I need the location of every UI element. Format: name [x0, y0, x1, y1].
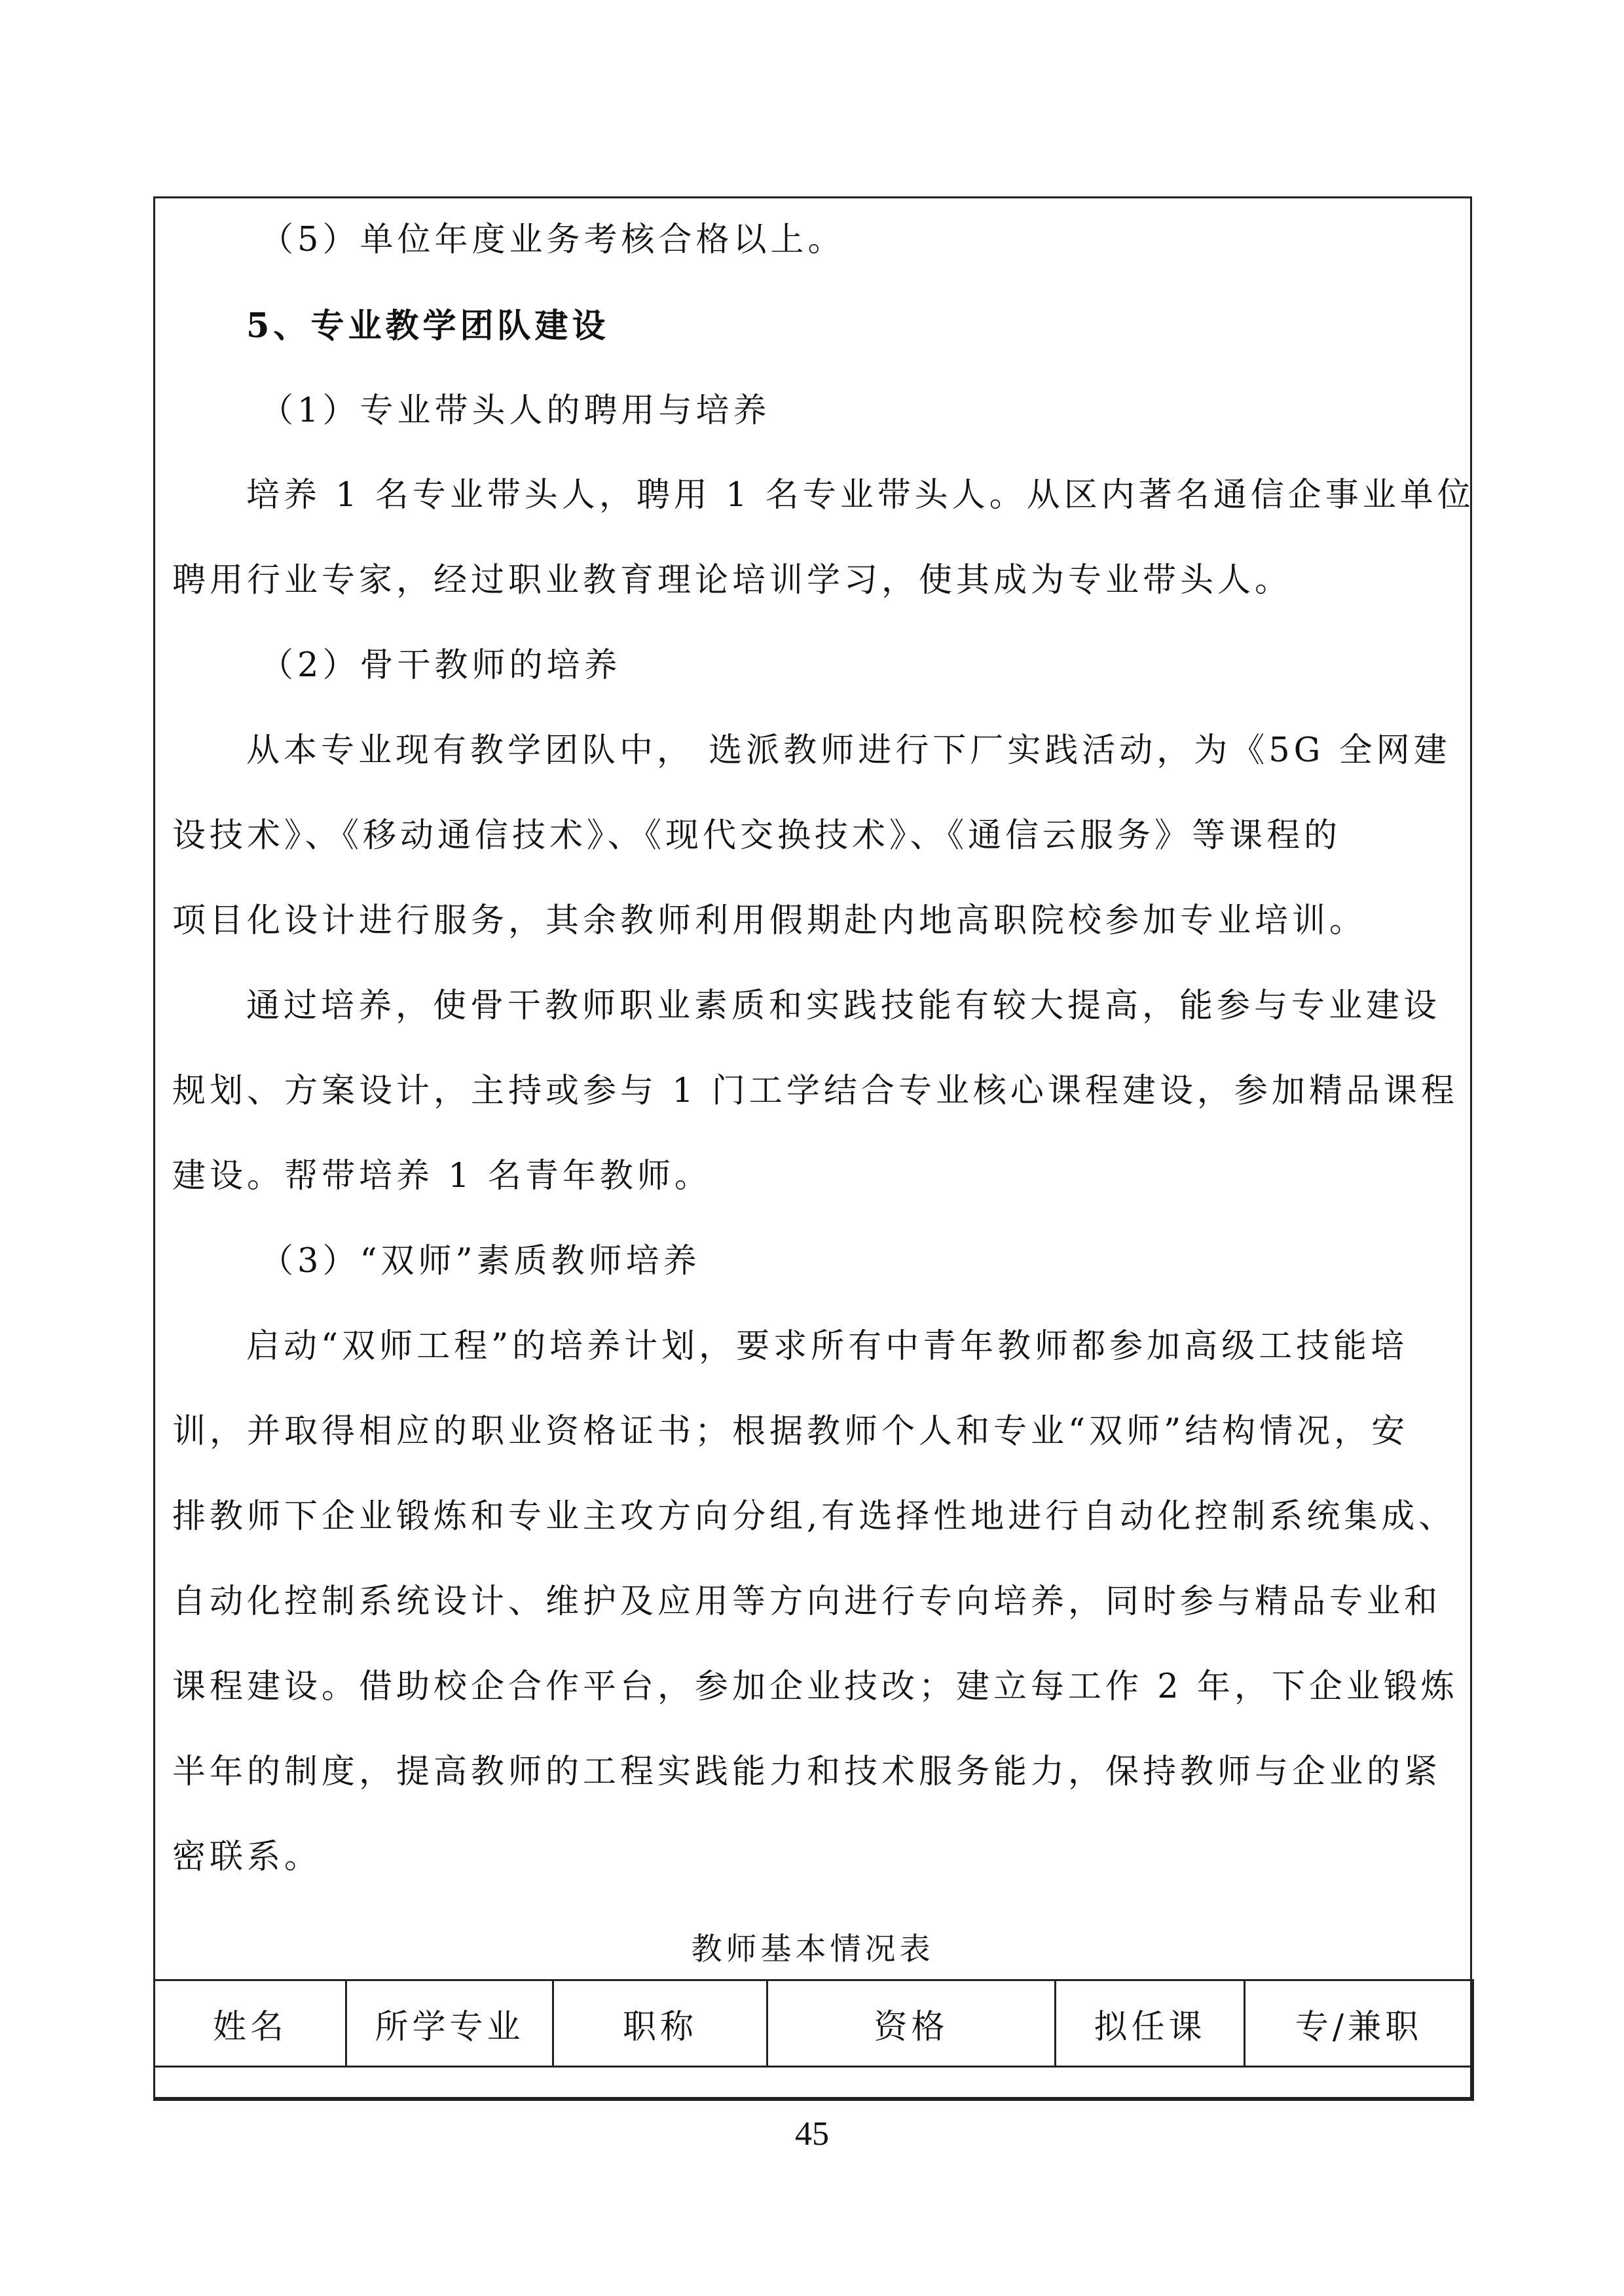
paragraph-line: 排教师下企业锻炼和专业主攻方向分组,有选择性地进行自动化控制系统集成、	[172, 1474, 1456, 1559]
section-heading-teaching-team: 5、专业教学团队建设	[246, 283, 610, 369]
table-cell	[1056, 2067, 1245, 2100]
table-cell	[767, 2067, 1056, 2100]
paragraph-line: 启动“双师工程”的培养计划，要求所有中青年教师都参加高级工技能培	[246, 1304, 1408, 1389]
column-header-major: 所学专业	[346, 1980, 553, 2067]
column-header-course: 拟任课	[1056, 1980, 1245, 2067]
paragraph-line: 项目化设计进行服务，其余教师利用假期赴内地高职院校参加专业培训。	[172, 879, 1367, 964]
table-cell	[155, 2067, 346, 2100]
table-row	[155, 2067, 1473, 2100]
paragraph-line: 密联系。	[172, 1815, 322, 1900]
table-header-row: 姓名 所学专业 职称 资格 拟任课 专/兼职	[155, 1980, 1473, 2067]
paragraph-line: 从本专业现有教学团队中， 选派教师进行下厂实践活动，为《5G 全网建	[246, 708, 1451, 793]
paragraph-line: 规划、方案设计，主持或参与 1 门工学结合专业核心课程建设，参加精品课程	[172, 1049, 1458, 1134]
table-caption: 教师基本情况表	[153, 1923, 1472, 1976]
paragraph-line: 通过培养，使骨干教师职业素质和实践技能有较大提高，能参与专业建设	[246, 964, 1441, 1049]
page-number: 45	[0, 2111, 1624, 2157]
subheading-lead-teacher: （1）专业带头人的聘用与培养	[260, 369, 770, 454]
column-header-name: 姓名	[155, 1980, 346, 2067]
paragraph-line: 建设。帮带培养 1 名青年教师。	[172, 1134, 712, 1219]
table-cell	[1245, 2067, 1473, 2100]
paragraph-line: 训，并取得相应的职业资格证书；根据教师个人和专业“双师”结构情况，安	[172, 1389, 1409, 1474]
subheading-core-teachers: （2）骨干教师的培养	[260, 623, 621, 708]
teacher-info-table: 姓名 所学专业 职称 资格 拟任课 专/兼职	[153, 1979, 1474, 2101]
column-header-title: 职称	[553, 1980, 767, 2067]
column-header-employment-type: 专/兼职	[1245, 1980, 1473, 2067]
paragraph-line: 培养 1 名专业带头人，聘用 1 名专业带头人。从区内著名通信企事业单位	[246, 453, 1475, 538]
paragraph-line: 设技术》、《移动通信技术》、《现代交换技术》、《通信云服务》等课程的	[172, 793, 1341, 879]
table-cell	[346, 2067, 553, 2100]
subheading-dual-teacher: （3）“双师”素质教师培养	[260, 1219, 701, 1304]
column-header-qualification: 资格	[767, 1980, 1056, 2067]
paragraph-line: 课程建设。借助校企合作平台，参加企业技改；建立每工作 2 年，下企业锻炼	[172, 1645, 1458, 1730]
table-cell	[553, 2067, 767, 2100]
paragraph-line: 自动化控制系统设计、维护及应用等方向进行专向培养，同时参与精品专业和	[172, 1559, 1441, 1645]
paragraph-line: 半年的制度，提高教师的工程实践能力和技术服务能力，保持教师与企业的紧	[172, 1730, 1441, 1815]
paragraph-line: 聘用行业专家，经过职业教育理论培训学习，使其成为专业带头人。	[172, 538, 1292, 623]
list-item-unit-assessment: （5）单位年度业务考核合格以上。	[260, 198, 845, 283]
